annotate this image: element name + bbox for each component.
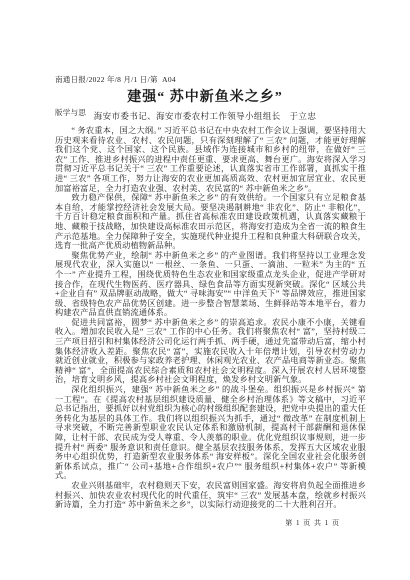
article-title: 建强“ 苏中新鱼米之乡” [0, 86, 410, 106]
paragraph-1: “ 务农重本，国之大纲。” 习近平总书记在中央农村工作会议上强调，要坚持用大历史… [55, 126, 366, 193]
page-number: 第 1 页 共 1 页 [285, 518, 340, 528]
document-page: 南通日报/2022 年/8 月/1 日/第 A04 版学与思 建强“ 苏中新鱼米… [0, 0, 410, 580]
article-byline: 海安市委书记、海安市委农村工作领导小组组长 于立忠 [0, 110, 410, 122]
citation-line-1: 南通日报/2022 年/8 月/1 日/第 A04 [55, 74, 176, 85]
paragraph-3: 聚焦优势产业，绘制“ 苏中新鱼米之乡” 的产业图谱。我们将坚持以工业理念发展现代… [55, 251, 366, 318]
paragraph-6: 农业兴则基础牢，农村稳则天下安，农民富则国家盛。海安将肩负起全面推进乡村振兴、加… [55, 481, 366, 510]
article-body: “ 务农重本，国之大纲。” 习近平总书记在中央农村工作会议上强调，要坚持用大历史… [55, 126, 366, 510]
paragraph-5: 深化组织振兴，建强“ 苏中新鱼米之乡” 的战斗堡垒。组织振兴是乡村振兴“ 第一工… [55, 385, 366, 481]
paragraph-4: 促进共同富裕，圆梦“ 苏中新鱼米之乡” 的崇高追求。农民小康不小康，关键看收入。… [55, 318, 366, 385]
paragraph-2: 致力稳产保供，保障“ 苏中新鱼米之乡” 的有效供给。一个国家只有立足粮食基本自给… [55, 193, 366, 251]
